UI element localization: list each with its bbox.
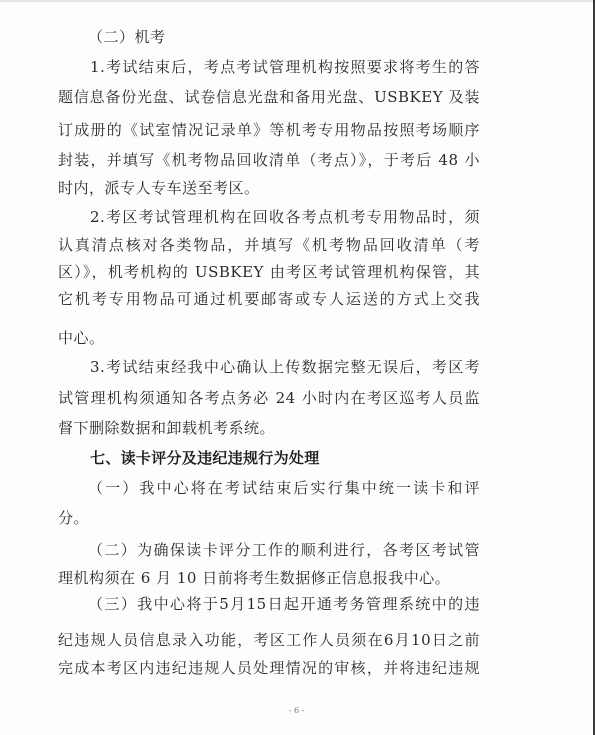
paragraph-line: 督下删除数据和卸载机考系统。	[58, 417, 480, 439]
subsection-title-machine-exam: （二）机考	[88, 26, 480, 48]
paragraph-line: 封装，并填写《机考物品回收清单（考点）》，于考后 48 小	[58, 149, 480, 171]
paragraph-line: 理机构须在 6 月 10 日前将考生数据修正信息报我中心。	[58, 567, 480, 589]
paragraph-line: 时内，派专人专车送至考区。	[58, 177, 480, 199]
paragraph-line: 题信息备份光盘、试卷信息光盘和备用光盘、USBKEY 及装	[58, 86, 480, 108]
paragraph-line: 认真清点核对各类物品，并填写《机考物品回收清单（考	[58, 234, 480, 256]
paragraph-line: 完成本考区内违纪违规人员处理情况的审核，并将违纪违规	[58, 657, 480, 679]
paragraph-line: 它机考专用物品可通过机要邮寄或专人运送的方式上交我	[58, 288, 480, 310]
paragraph-line: 分。	[58, 507, 480, 529]
paragraph-line: （二）为确保读卡评分工作的顺利进行，各考区考试管	[88, 539, 480, 561]
section-heading: 七、读卡评分及违纪违规行为处理	[90, 447, 480, 469]
paragraph-line: （三）我中心将于5月15日起开通考务管理系统中的违	[88, 593, 480, 615]
paragraph-line: （一）我中心将在考试结束后实行集中统一读卡和评	[88, 477, 480, 499]
page-number: - 6 -	[0, 706, 593, 715]
paragraph-line: 中心。	[58, 327, 480, 349]
paragraph-line: 试管理机构须通知各考点务必 24 小时内在考区巡考人员监	[58, 387, 480, 409]
paragraph-line: 3.考试结束经我中心确认上传数据完整无误后，考区考	[90, 356, 480, 378]
paragraph-line: 纪违规人员信息录入功能，考区工作人员须在6月10日之前	[58, 629, 480, 651]
paragraph-line: 订成册的《试室情况记录单》等机考专用物品按照考场顺序	[58, 119, 480, 141]
document-page: （二）机考 1.考试结束后，考点考试管理机构按照要求将考生的答 题信息备份光盘、…	[0, 0, 593, 735]
paragraph-line: 1.考试结束后，考点考试管理机构按照要求将考生的答	[90, 56, 480, 78]
paragraph-line: 2.考区考试管理机构在回收各考点机考专用物品时，须	[90, 206, 480, 228]
paragraph-line: 区）》，机考机构的 USBKEY 由考区考试管理机构保管，其	[58, 261, 480, 283]
